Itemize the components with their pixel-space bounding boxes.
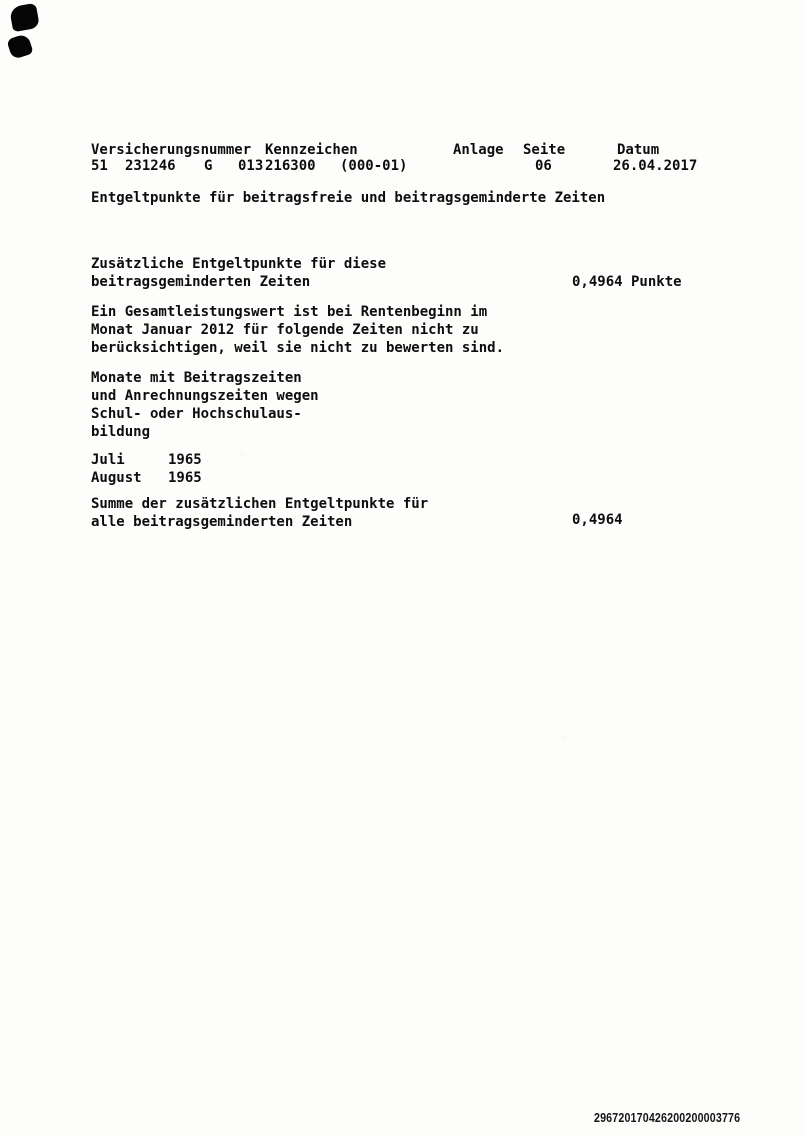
month-row-year: 1965 <box>168 469 202 487</box>
datum-value: 26.04.2017 <box>613 157 697 175</box>
sum-value: 0,4964 <box>572 511 623 529</box>
scanned-document-page: Versicherungsnummer Kennzeichen Anlage S… <box>0 0 806 1136</box>
header-label-anlage: Anlage <box>453 141 504 159</box>
months-label: Monate mit Beitragszeiten und Anrechnung… <box>91 369 319 441</box>
page-title: Entgeltpunkte für beitragsfreie und beit… <box>91 189 605 207</box>
vsnr-part-3: G <box>204 157 212 175</box>
gesamtleistungswert-note: Ein Gesamtleistungswert ist bei Rentenbe… <box>91 303 504 357</box>
kennzeichen-value: 216300 <box>265 157 316 175</box>
kennzeichen-suffix: (000-01) <box>340 157 407 175</box>
month-row-name: August <box>91 469 142 487</box>
vsnr-part-2: 231246 <box>125 157 176 175</box>
seite-value: 06 <box>535 157 552 175</box>
scan-blot-mark <box>9 3 40 32</box>
month-row-name: Juli <box>91 451 125 469</box>
scan-blot-mark <box>6 33 33 60</box>
additional-points-value: 0,4964 Punkte <box>572 273 682 291</box>
footer-processing-number: 296720170426200200003776 <box>594 1111 740 1124</box>
vsnr-part-1: 51 <box>91 157 108 175</box>
additional-points-label: Zusätzliche Entgeltpunkte für diese beit… <box>91 255 386 291</box>
month-row-year: 1965 <box>168 451 202 469</box>
vsnr-part-4: 013 <box>238 157 263 175</box>
sum-label: Summe der zusätzlichen Entgeltpunkte für… <box>91 495 428 531</box>
